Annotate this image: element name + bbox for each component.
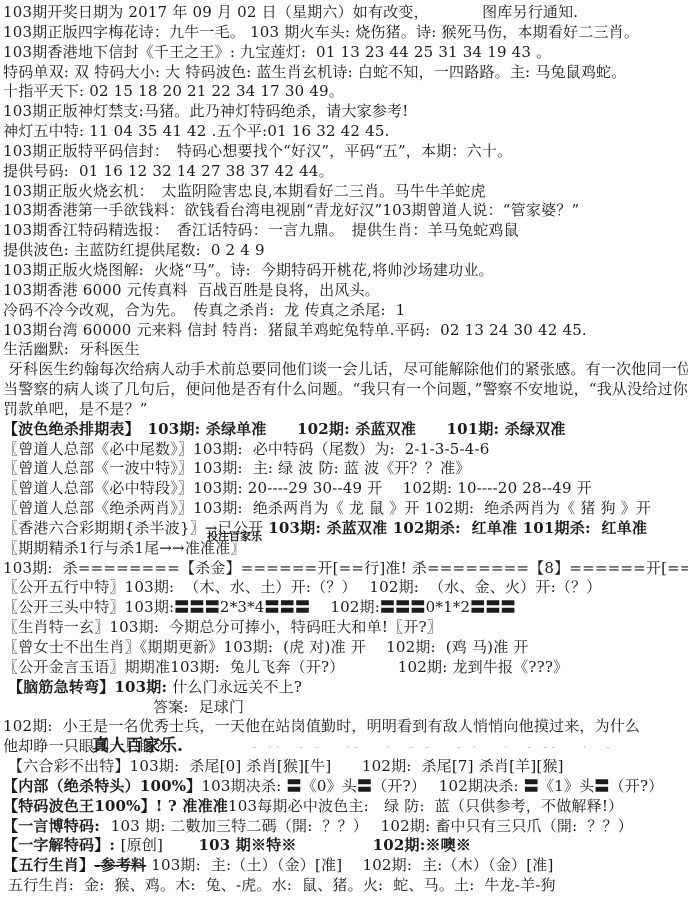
doc-line: 生活幽默: 牙科医生 [3, 340, 688, 360]
doc-line: 103期台湾 60000 元来料 信封 特肖: 猪鼠羊鸡蛇兔特单.平码: 02 … [3, 321, 688, 341]
doc-text: 〓〓〓 [174, 598, 220, 616]
doc-text: 102期: 小王是一名优秀士兵，一天他在站岗值勤时，明明看到有敌人悄悄向他摸过来… [3, 717, 640, 735]
lottery-tips-page: 103期开奖日期为 2017 年 09 月 02 日（星期六）如有改变， 图库另… [0, 0, 688, 897]
doc-line: 103期正版神灯禁支:马猪。此乃神灯特码绝杀，请大家参考! [3, 102, 688, 122]
doc-line: 〖香港六合彩期期{杀半波}〗→已公开 103期: 杀蓝双准 102期杀: 红单准… [3, 519, 688, 539]
doc-text: 【内部（绝杀特头）100%】 [3, 777, 201, 795]
doc-line: 【内部（绝杀特头）100%】103期决杀: 〓《0》头〓（开?） 102期决杀:… [3, 777, 688, 797]
doc-text: 〓 [594, 777, 609, 795]
doc-line: 〖曾女士不出生肖〗《期期更新》103期: (虎 对)准 开 102期: (鸡 马… [3, 638, 688, 658]
doc-text: 冷码不冷今改观，合为先。 传真之杀肖: 龙 传真之杀尾: 1 [3, 301, 405, 319]
doc-text: 103期香江特码精选报： 香江话特码：一言九鼎。 提供生肖：羊马兔蛇鸡鼠 [3, 221, 519, 239]
doc-line: 罚款单吧，是不是？” [3, 400, 688, 420]
doc-line: 〖公开金言玉语〗期期准103期: 兔儿飞奔（开?） 102期: 龙到牛报《???… [3, 658, 688, 678]
doc-text: 答案: 足球门 [153, 698, 244, 716]
doc-line: 103期正版四字梅花诗：九牛一毛。 103 期火车头: 烧伤猪。诗: 猴死马伤，… [3, 23, 688, 43]
doc-text: 103 期※特※ [198, 836, 296, 854]
doc-line: 十指平天下: 02 15 18 20 21 22 34 17 30 49。 [3, 82, 688, 102]
doc-text: 103每期必中波色主: 绿 防: 蓝（只供参考，不做解释!） [228, 797, 623, 815]
doc-line: 103期香港第一手欲钱料：欲钱看台湾电视剧“青龙好汉”103期曾道人说：“管家婆… [3, 201, 688, 221]
doc-text: 《1》头 [539, 777, 594, 795]
doc-text: 【一字解特码】: [3, 836, 121, 854]
doc-text: 103期正版四字梅花诗：九牛一毛。 103 期火车头: 烧伤猪。诗: 猴死马伤，… [3, 23, 639, 41]
doc-line: 牙科医生约翰每次给病人动手术前总要同他们谈一会儿话，尽可能解除他们的紧张感。有一… [3, 360, 688, 380]
doc-text: 103期正版特平码信封： 特码心想要找个“好汉”，平码“五”，本期：六十。 [3, 142, 512, 160]
doc-text: 103期: 主:（土）（金）[准] 102期: 主:（木）（金）[准] [146, 856, 553, 874]
doc-text: 〖曾道人总部《必中尾数》〗103期: 必中特码（尾数）为: 2-1-3-5-4-… [3, 440, 490, 458]
doc-text: [原创] [121, 836, 199, 854]
doc-text: 〓〓〓 [265, 598, 311, 616]
doc-line: 〖期期精杀1行与杀1尾→→准准准〗 [3, 539, 688, 559]
doc-text: 【波色绝杀排期表】 103期: 杀绿单准 102期: 杀蓝双准 101期: 杀绿… [3, 420, 566, 438]
doc-line: 103期开奖日期为 2017 年 09 月 02 日（星期六）如有改变， 图库另… [3, 3, 688, 23]
doc-line: 103期香港地下信封《千王之王》: 九宝莲灯: 01 13 23 44 25 3… [3, 43, 688, 63]
doc-line: 神灯五中特: 11 04 35 41 42 .五个平:01 16 32 42 4… [3, 122, 688, 142]
doc-text: 【脑筋急转弯】103期: [8, 678, 167, 696]
doc-line: 〖生肖特一玄〗103期: 今期总分可捧小，特码旺大和单!〖开?〗 [3, 618, 688, 638]
doc-text: 103期: 杀蓝双准 102期杀: 红单准 101期杀: 红单准 [268, 519, 647, 537]
doc-line: 103期香港 6000 元传真料 百战百胜是良将，出风头。 [3, 281, 688, 301]
doc-line: 〖曾道人总部《必中尾数》〗103期: 必中特码（尾数）为: 2-1-3-5-4-… [3, 440, 688, 460]
doc-text: -参考料 [94, 856, 146, 874]
doc-text: 【六合彩不出特】103期: 杀尾[0] 杀肖[猴][牛] 102期: 杀尾[7]… [8, 757, 564, 775]
doc-text: 当警察的病人谈了几句后，便问他是否有什么问题。“我只有一个问题，”警察不安地说，… [3, 380, 688, 398]
doc-line: 【一言博特码: 103 期: 二數加三特二碼（開: ？？） 102期: 畜中只有… [3, 817, 688, 837]
doc-text: 〖公开三头中特〗103期: [3, 598, 174, 616]
doc-text: 103期开奖日期为 2017 年 09 月 02 日（星期六）如有改变， 图库另… [3, 3, 578, 21]
doc-text: 〖公开五行中特〗103期: （木、水、土）开:（？） 102期: （水、金、火）… [3, 578, 601, 596]
doc-text: 103期: 杀========【杀金】======开[==行]准! 杀=====… [3, 559, 688, 577]
doc-text: 〓 [286, 777, 301, 795]
doc-line: 103期正版火烧玄机： 太监阴险害忠良,本期看好二三肖。马牛牛羊蛇虎 [3, 182, 688, 202]
doc-text: 神灯五中特: 11 04 35 41 42 .五个平:01 16 32 42 4… [3, 122, 390, 140]
doc-line: 〖曾道人总部《必中特段》〗103期: 20----29 30--49 开 102… [3, 479, 688, 499]
faint-dash-marks: - ·· - - ·- · - - - · · - -- · - [252, 741, 614, 753]
doc-text: 提供波色: 主蓝防红提供尾数: 0 2 4 9 [3, 241, 265, 259]
doc-text: 【特码波色王100%】! ? 准准准 [3, 797, 228, 815]
watermark-live-baccarat: 真人百家乐. [92, 738, 183, 755]
doc-line: 【特码波色王100%】! ? 准准准103每期必中波色主: 绿 防: 蓝（只供参… [3, 797, 688, 817]
doc-text: 103期正版神灯禁支:马猪。此乃神灯特码绝杀，请大家参考! [3, 102, 409, 120]
doc-line: 特码单双: 双 特码大小: 大 特码波色: 蓝生肖玄机诗: 白蛇不知，一四路路。… [3, 63, 688, 83]
doc-line: 【波色绝杀排期表】 103期: 杀绿单准 102期: 杀蓝双准 101期: 杀绿… [3, 420, 688, 440]
doc-line: 答案: 足球门 [3, 698, 688, 718]
doc-line: 103期正版特平码信封： 特码心想要找个“好汉”，平码“五”，本期：六十。 [3, 142, 688, 162]
doc-line: 提供号码: 01 16 12 32 14 27 38 37 42 44。 [3, 162, 688, 182]
doc-line: 〖公开三头中特〗103期:〓〓〓2*3*4〓〓〓 102期:〓〓〓0*1*2〓〓… [3, 598, 688, 618]
doc-line: 〖公开五行中特〗103期: （木、水、土）开:（？） 102期: （水、金、火）… [3, 578, 688, 598]
doc-text: 103期香港第一手欲钱料：欲钱看台湾电视剧“青龙好汉”103期曾道人说：“管家婆… [3, 201, 579, 219]
watermark-betting-baccarat: 投注百家乐 [207, 531, 262, 542]
doc-text: 〖公开金言玉语〗期期准103期: 兔儿飞奔（开?） 102期: 龙到牛报《???… [3, 658, 568, 676]
doc-text: 103期正版火烧图解: 火烧“马”。诗: 今期特码开桃花,将帅沙场建功业。 [3, 261, 494, 279]
doc-text: 〖曾道人总部《必中特段》〗103期: 20----29 30--49 开 102… [3, 479, 592, 497]
doc-text: 提供号码: 01 16 12 32 14 27 38 37 42 44。 [3, 162, 334, 180]
doc-text: （开?） 102期决杀: [372, 777, 524, 795]
doc-text [297, 836, 373, 854]
doc-text: 103期香港 6000 元传真料 百战百胜是良将，出风头。 [3, 281, 380, 299]
doc-text: 十指平天下: 02 15 18 20 21 22 34 17 30 49。 [3, 82, 344, 100]
doc-text: 2*3*4 [220, 598, 265, 616]
doc-text: 〓 [357, 777, 372, 795]
doc-line: 【六合彩不出特】103期: 杀尾[0] 杀肖[猴][牛] 102期: 杀尾[7]… [3, 757, 688, 777]
doc-line: 〖曾道人总部《绝杀两肖》〗103期: 绝杀两肖为《 龙 鼠 》开 102期: 绝… [3, 499, 688, 519]
doc-text: 〖曾女士不出生肖〗《期期更新》103期: (虎 对)准 开 102期: (鸡 马… [3, 638, 529, 656]
doc-text: 【五行生肖】 [3, 856, 94, 874]
doc-line: 当警察的病人谈了几句后，便问他是否有什么问题。“我只有一个问题，”警察不安地说，… [3, 380, 688, 400]
doc-text: 102期: [310, 598, 380, 616]
doc-text: 103期台湾 60000 元来料 信封 特肖: 猪鼠羊鸡蛇兔特单.平码: 02 … [3, 321, 587, 339]
doc-text: 罚款单吧，是不是？” [3, 400, 148, 418]
doc-text: 〓 [524, 777, 539, 795]
doc-text: 〓〓〓 [380, 598, 426, 616]
doc-text: 牙科医生约翰每次给病人动手术前总要同他们谈一会儿话，尽可能解除他们的紧张感。有一… [3, 360, 688, 378]
doc-text: 102期:※噢※ [373, 836, 471, 854]
doc-text: 【一言博特码: [3, 817, 111, 835]
doc-text: （开?） [610, 777, 664, 795]
doc-line: 【五行生肖】-参考料 103期: 主:（土）（金）[准] 102期: 主:（木）… [3, 856, 688, 876]
doc-line: 提供波色: 主蓝防红提供尾数: 0 2 4 9 [3, 241, 688, 261]
doc-text: 什么门永远关不上? [167, 678, 302, 696]
doc-text: 五行生肖: 金: 猴、鸡。木: 兔、-虎。水: 鼠、猪。火: 蛇、马。土: 牛龙… [8, 876, 556, 894]
doc-line: 【一字解特码】: [原创] 103 期※特※ 102期:※噢※ [3, 836, 688, 856]
doc-text: 103期决杀: [201, 777, 286, 795]
doc-text: 103期香港地下信封《千王之王》: 九宝莲灯: 01 13 23 44 25 3… [3, 43, 551, 61]
doc-text: 《0》头 [302, 777, 357, 795]
doc-text: 〓〓〓 [470, 598, 516, 616]
doc-text: 〖曾道人总部《一波中特》〗103期: 主: 绿 波 防: 蓝 波《开？？准》 [3, 459, 470, 477]
doc-line: 103期正版火烧图解: 火烧“马”。诗: 今期特码开桃花,将帅沙场建功业。 [3, 261, 688, 281]
doc-line: 【脑筋急转弯】103期: 什么门永远关不上? [3, 678, 688, 698]
document-body: 103期开奖日期为 2017 年 09 月 02 日（星期六）如有改变， 图库另… [3, 3, 688, 896]
doc-text: 0*1*2 [426, 598, 471, 616]
doc-text: 〖生肖特一玄〗103期: 今期总分可捧小，特码旺大和单!〖开?〗 [3, 618, 442, 636]
doc-text: 〖曾道人总部《绝杀两肖》〗103期: 绝杀两肖为《 龙 鼠 》开 102期: 绝… [3, 499, 651, 517]
doc-text: 103 期: 二數加三特二碼（開: ？？） 102期: 畜中只有三只爪（開: ？… [111, 817, 633, 835]
doc-line: 103期: 杀========【杀金】======开[==行]准! 杀=====… [3, 559, 688, 579]
doc-line: 103期香江特码精选报： 香江话特码：一言九鼎。 提供生肖：羊马兔蛇鸡鼠 [3, 221, 688, 241]
doc-line: 五行生肖: 金: 猴、鸡。木: 兔、-虎。水: 鼠、猪。火: 蛇、马。土: 牛龙… [3, 876, 688, 896]
doc-line: 冷码不冷今改观，合为先。 传真之杀肖: 龙 传真之杀尾: 1 [3, 301, 688, 321]
doc-text: 生活幽默: 牙科医生 [3, 340, 140, 358]
doc-line: 〖曾道人总部《一波中特》〗103期: 主: 绿 波 防: 蓝 波《开？？准》 [3, 459, 688, 479]
doc-text: 特码单双: 双 特码大小: 大 特码波色: 蓝生肖玄机诗: 白蛇不知，一四路路。… [3, 63, 626, 81]
doc-line: 102期: 小王是一名优秀士兵，一天他在站岗值勤时，明明看到有敌人悄悄向他摸过来… [3, 717, 688, 737]
doc-text: 103期正版火烧玄机： 太监阴险害忠良,本期看好二三肖。马牛牛羊蛇虎 [3, 182, 486, 200]
